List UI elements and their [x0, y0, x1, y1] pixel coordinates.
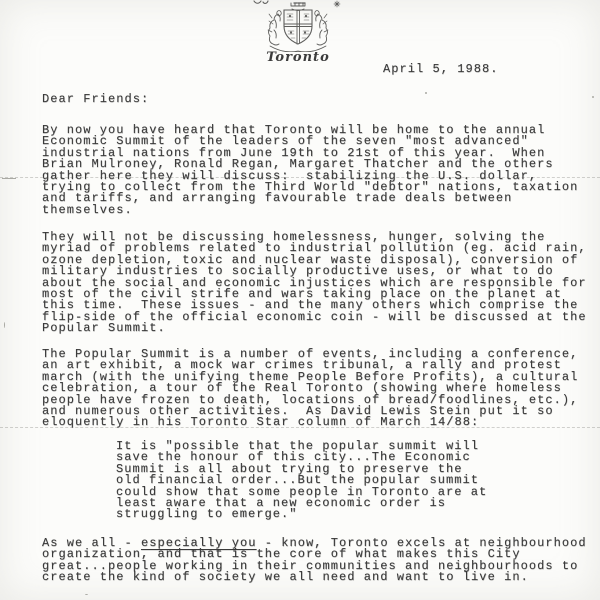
- scan-speck: [425, 92, 427, 94]
- city-wordmark: Toronto: [248, 50, 348, 65]
- paragraph-popular-summit: The Popular Summit is a number of events…: [42, 349, 578, 429]
- scan-speck: [2, 178, 16, 179]
- scan-speck: [4, 322, 5, 328]
- pull-quote-toronto-star: It is "possible that the popular summit …: [116, 441, 487, 521]
- salutation: Dear Friends:: [42, 94, 149, 105]
- scan-speck: [85, 594, 88, 595]
- paragraph-not-discussing: They will not be discussing homelessness…: [42, 232, 587, 335]
- scan-speck: [592, 96, 594, 98]
- toronto-coat-of-arms-icon: [248, 0, 348, 52]
- closing-paragraph: As we all - especially you - know, Toron…: [42, 538, 587, 584]
- paragraph-economic-summit: By now you have heard that Toronto will …: [42, 125, 578, 216]
- scanned-letter-page: Toronto April 5, 1988. Dear Friends: By …: [0, 0, 600, 600]
- letter-date: April 5, 1988.: [383, 64, 499, 75]
